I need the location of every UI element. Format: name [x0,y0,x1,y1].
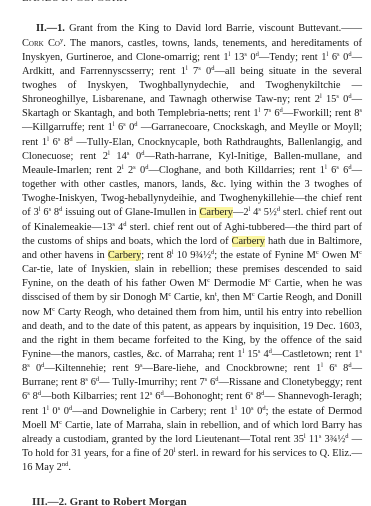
search-highlight: Carbery [199,207,232,218]
text-run: —Castletown; rent 1 [272,349,360,360]
text-run: 0 [30,363,41,374]
text-run: — Tully-Imurrihy; rent 7 [99,377,204,388]
text-run: Grant from the King to David lord Barrie… [69,23,362,34]
text-run: —Bare-liehe, and Cnockbrowne; rent 1 [142,363,321,374]
search-highlight: Carbery [108,250,141,261]
text-run: 6 [323,363,334,374]
text-run: 15 [322,94,337,105]
text-run: 6 [339,165,349,176]
text-run: ; the estate of Fynine M [214,250,316,261]
text-run: 0 [126,122,135,133]
text-run: 6 [328,52,337,63]
text-run: Dermodie M [210,278,268,289]
text-run: 10 [237,406,251,417]
text-run: ; rent 8 [141,250,172,261]
text-run: 2 [124,165,134,176]
text-run: 6 [207,377,215,388]
text-run: —2 [233,207,249,218]
text-run: 6 [271,108,279,119]
text-run: 15 [244,349,258,360]
text-run: —and Downelighie in Carbery; rent 1 [72,406,235,417]
text-run: 6 [115,122,124,133]
grant-entry: II.—1. Grant from the King to David lord… [22,22,362,475]
text-run: . [68,462,71,473]
text-run: 6 [88,377,96,388]
text-run: 6 [41,207,49,218]
text-run: 4 [260,349,268,360]
text-run: 0 [60,406,69,417]
text-run: 4 [115,222,123,233]
text-run: —Fworkill; rent 8 [283,108,360,119]
text-run: Owen M [319,250,359,261]
text-run: 8 [253,391,261,402]
text-run: —Killgarruffe; rent 1 [22,122,113,133]
superscript-unit: s [359,107,362,114]
text-run: 0 [129,151,141,162]
text-run: 8 [30,391,38,402]
text-run: 13 [230,52,244,63]
text-run: 3¾½ [321,434,345,445]
county-name: Cork Co [22,38,60,49]
text-run: 0 [247,52,256,63]
superscript-unit: s [359,348,362,355]
entry-body: Grant from the King to David lord Barrie… [22,23,362,473]
text-run: 6 [152,391,160,402]
search-highlight: Carbery [232,236,265,247]
text-run: —Tendy; rent 1 [259,52,327,63]
text-run: 8 [51,207,59,218]
text-run: 7 [260,108,268,119]
text-run: 0 [136,165,146,176]
superscript-unit: c [359,249,362,256]
text-run: 11 [306,434,319,445]
text-run: 6 [49,137,58,148]
text-run: , then M [217,292,252,303]
text-run: —Bohonoght; rent 6 [164,391,251,402]
text-run: —Cloghane, and both Killdarries; rent 1 [148,165,325,176]
text-run: Cartie, kn [171,292,215,303]
text-run: —both Kilbarries; rent 12 [41,391,150,402]
text-run: 5½ [261,207,277,218]
text-run: 0 [201,66,211,77]
text-run: 0 [339,94,348,105]
text-run: 7 [188,66,198,77]
entry-number: II.—1. [36,23,65,34]
text-run: 10 9¾½ [174,250,211,261]
text-run: issuing out of Glane-Imullen in [62,207,199,218]
text-run: 8 [337,363,348,374]
previous-heading-partial: LANDS IN CO. CORK [22,0,127,4]
text-run: 6 [327,165,337,176]
text-run: 14 [110,151,127,162]
next-entry-partial: III.—2. Grant to Robert Morgan [32,496,187,506]
text-run: 0 [49,406,58,417]
text-run: —Kiltennehie; rent 9 [44,363,140,374]
